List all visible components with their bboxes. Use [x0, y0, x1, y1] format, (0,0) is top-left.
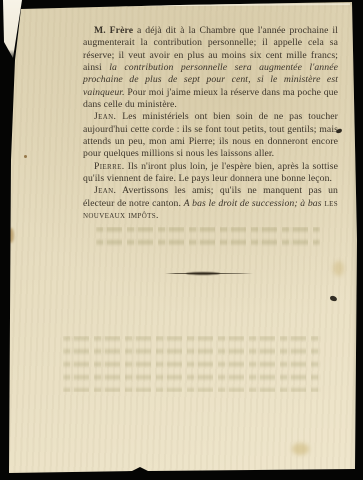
page-top-edge-highlight: [20, 3, 350, 7]
text-segment: Jean.: [94, 111, 116, 122]
page-text: M. Frère a déjà dit à la Chambre que l'a…: [83, 25, 338, 223]
bleedthrough-text: [63, 336, 321, 392]
divider-bulge: [186, 272, 219, 275]
text-segment: Les ministériels ont bien soin de ne pas…: [83, 111, 338, 159]
paragraph: Pierre. Ils n'iront plus loin, je l'espè…: [83, 161, 338, 186]
paper-stain: [8, 228, 14, 243]
paragraph: M. Frère a déjà dit à la Chambre que l'a…: [83, 25, 338, 111]
text-segment: Pierre.: [94, 161, 124, 172]
paragraph: Jean. Avertissons les amis; qu'ils ne ma…: [83, 185, 338, 222]
ink-speck: [24, 155, 27, 158]
paper-stain: [333, 261, 344, 276]
ink-speck: [330, 295, 338, 301]
section-divider: [165, 272, 253, 276]
paper-stain: [292, 443, 309, 455]
text-segment: Jean.: [94, 185, 116, 196]
bleedthrough-text: [96, 227, 320, 250]
text-segment: A bas le droit de succession; à bas: [184, 198, 322, 209]
paragraph: Jean. Les ministériels ont bien soin de …: [83, 111, 338, 160]
document-page: M. Frère a déjà dit à la Chambre que l'a…: [0, 0, 363, 480]
text-segment: M. Frère: [94, 25, 133, 36]
ink-speck: [336, 128, 343, 133]
scanner-background: M. Frère a déjà dit à la Chambre que l'a…: [0, 0, 363, 480]
